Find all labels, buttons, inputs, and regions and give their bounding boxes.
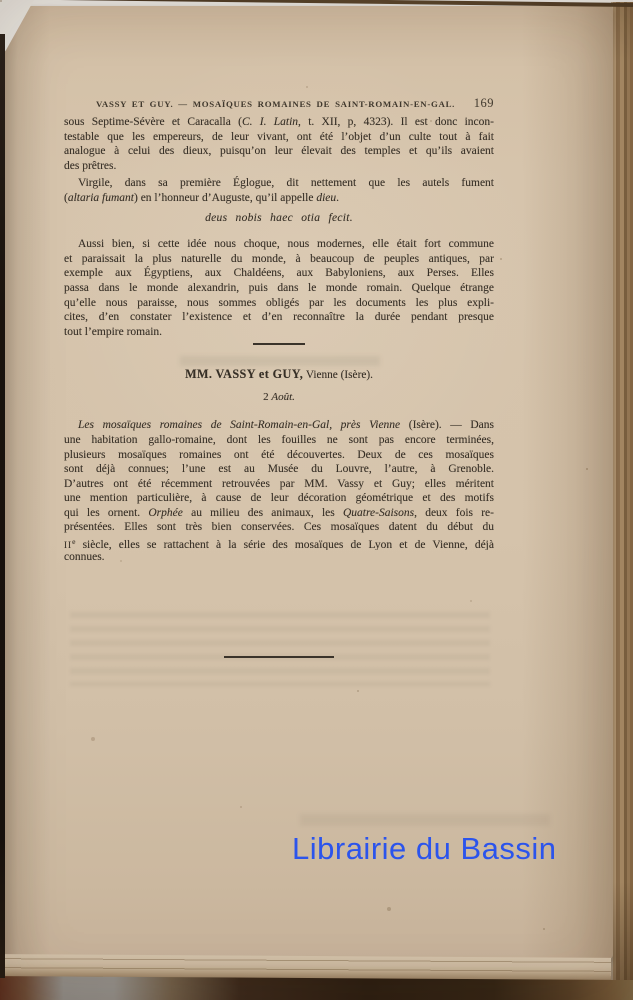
text-run: (Isère). — Dans <box>400 419 494 431</box>
text-run: deus nobis haec otia fecit. <box>205 212 353 224</box>
text-line: testable que les empereurs, de leur viva… <box>64 130 494 145</box>
page-number: 169 <box>474 96 494 111</box>
text-run: Les mosaïques romaines de Saint-Romain-e… <box>78 419 400 431</box>
text-run: qu’elle nous paraisse, nous sommes oblig… <box>64 297 494 309</box>
text-run: , t. XII, p, 4323). Il est donc incon- <box>298 116 494 128</box>
page-body: sous Septime-Sévère et Caracalla (C. I. … <box>64 115 494 658</box>
text-line: (altaria fumant) en l’honneur d’Auguste,… <box>64 191 494 206</box>
book-page-photo: VASSY ET GUY. — MOSAÏQUES ROMAINES DE SA… <box>0 0 633 1000</box>
text-run: exemple aux Égyptiens, aux Chaldéens, au… <box>64 267 494 279</box>
book-fore-edge <box>611 2 633 980</box>
book-bottom-edge <box>0 976 633 1000</box>
text-run: C. I. Latin <box>242 116 298 128</box>
paragraph: Virgile, dans sa première Églogue, dit n… <box>64 176 494 205</box>
text-run: . <box>336 192 339 204</box>
dateline: 2 Août. <box>64 390 494 404</box>
text-line: une habitation gallo-romaine, dont les f… <box>64 433 494 448</box>
text-run: dieu <box>316 192 336 204</box>
text-run: ) en l’honneur d’Auguste, qu’il appelle <box>134 192 316 204</box>
text-run: Vienne (Isère). <box>303 369 373 381</box>
text-line: IIe siècle, elles se rattachent à la sér… <box>64 535 494 550</box>
text-run: altaria fumant <box>68 192 134 204</box>
stacked-page-edges <box>4 954 611 980</box>
paragraph: sous Septime-Sévère et Caracalla (C. I. … <box>64 115 494 173</box>
text-run: analogue à celui des dieux, puisqu’on le… <box>64 145 494 157</box>
text-run: connues. <box>64 551 105 563</box>
text-line: sous Septime-Sévère et Caracalla (C. I. … <box>64 115 494 130</box>
paragraph: Aussi bien, si cette idée nous choque, n… <box>64 237 494 339</box>
text-line: une mention particulière, à cause de leu… <box>64 491 494 506</box>
text-line: Les mosaïques romaines de Saint-Romain-e… <box>64 418 494 433</box>
text-run: qui les ornent. <box>64 507 148 519</box>
text-line: plusieurs mosaïques romaines ont été déc… <box>64 448 494 463</box>
text-run: Orphée <box>148 507 183 519</box>
text-run: cites, d’en constater l’existence et d’e… <box>64 311 494 323</box>
text-run: au milieu des animaux, les <box>183 507 343 519</box>
ink-bleedthrough <box>300 814 550 826</box>
text-run: II <box>64 540 72 550</box>
text-run: et paraissait la plus naturelle du monde… <box>64 253 494 265</box>
running-head: VASSY ET GUY. — MOSAÏQUES ROMAINES DE SA… <box>64 96 494 111</box>
text-line: Virgile, dans sa première Églogue, dit n… <box>64 176 494 191</box>
text-line: cites, d’en constater l’existence et d’e… <box>64 310 494 325</box>
text-run: Quatre-Saisons <box>343 507 414 519</box>
text-run: , deux fois re- <box>414 507 494 519</box>
text-run: siècle, elles se rattachent à la série d… <box>75 539 494 550</box>
separator-rule <box>253 343 305 345</box>
text-line: D’autres ont été récemment retrouvées pa… <box>64 477 494 492</box>
text-run: sont déjà connues; l’une est au Musée du… <box>64 463 494 475</box>
running-head-title: VASSY ET GUY. — MOSAÏQUES ROMAINES DE SA… <box>96 99 455 109</box>
text-line: des prêtres. <box>64 159 494 174</box>
text-line: exemple aux Égyptiens, aux Chaldéens, au… <box>64 266 494 281</box>
text-line: qu’elle nous paraisse, nous sommes oblig… <box>64 296 494 311</box>
gutter-shadow-strip <box>0 34 5 978</box>
text-line: Aussi bien, si cette idée nous choque, n… <box>64 237 494 252</box>
text-run: passa dans le monde alexandrin, puis dan… <box>64 282 494 294</box>
text-line: passa dans le monde alexandrin, puis dan… <box>64 281 494 296</box>
text-line: sont déjà connues; l’une est au Musée du… <box>64 462 494 477</box>
text-run: Virgile, dans sa première Églogue, dit n… <box>78 177 494 189</box>
text-line: et paraissait la plus naturelle du monde… <box>64 252 494 267</box>
bookseller-watermark: Librairie du Bassin <box>292 831 557 867</box>
text-run: MM. VASSY et GUY, <box>185 367 303 381</box>
text-run: D’autres ont été récemment retrouvées pa… <box>64 478 494 490</box>
text-run: tout l’empire romain. <box>64 326 162 338</box>
text-run: plusieurs mosaïques romaines ont été déc… <box>64 449 494 461</box>
text-line: analogue à celui des dieux, puisqu’on le… <box>64 144 494 159</box>
text-line: présentées. Elles sont très bien conserv… <box>64 520 494 535</box>
heading: MM. VASSY et GUY, Vienne (Isère). <box>64 367 494 382</box>
text-run: Août. <box>271 391 295 403</box>
foxing-specks <box>0 0 2 2</box>
text-run: sous Septime-Sévère et Caracalla ( <box>64 116 242 128</box>
separator-rule <box>224 656 334 658</box>
text-line: connues. <box>64 550 494 565</box>
text-run: une mention particulière, à cause de leu… <box>64 492 494 504</box>
text-run: testable que les empereurs, de leur viva… <box>64 131 494 143</box>
text-run: Aussi bien, si cette idée nous choque, n… <box>78 238 494 250</box>
paragraph: Les mosaïques romaines de Saint-Romain-e… <box>64 418 494 564</box>
text-run: des prêtres. <box>64 160 116 172</box>
text-run: présentées. Elles sont très bien conserv… <box>64 521 494 533</box>
text-line: tout l’empire romain. <box>64 325 494 340</box>
text-run: une habitation gallo-romaine, dont les f… <box>64 434 494 446</box>
text-line: qui les ornent. Orphée au milieu des ani… <box>64 506 494 521</box>
quote: deus nobis haec otia fecit. <box>64 211 494 226</box>
